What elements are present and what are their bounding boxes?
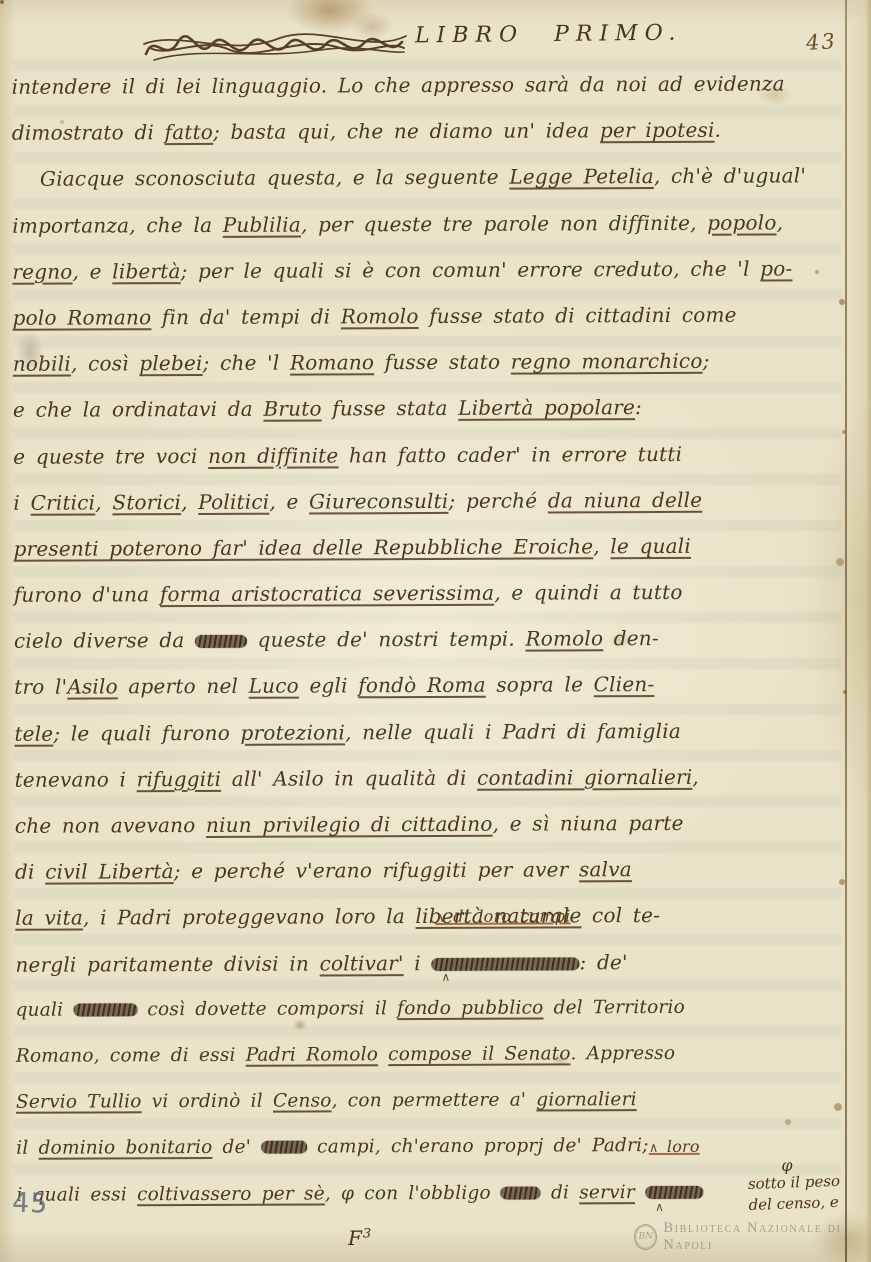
manuscript-line: nobili, così plebei; che 'l Romano fusse…	[13, 337, 841, 387]
text-run: aperto nel	[118, 674, 249, 699]
manuscript-line: di civil Libertà; e perché v'erano rifug…	[15, 845, 843, 895]
underlined-phrase: Padri Romolo	[246, 1044, 378, 1066]
inked-out-word	[501, 1170, 541, 1216]
manuscript-line: presenti poterono far' idea delle Repubb…	[14, 522, 842, 572]
manuscript-line: Romano, come di essi Padri Romolo compos…	[16, 1030, 844, 1080]
underlined-phrase: fatto	[165, 120, 214, 144]
book-title: LIBRO PRIMO.	[415, 21, 683, 49]
library-watermark: BN Biblioteca Nazionale di Napoli	[634, 1220, 871, 1254]
underlined-phrase: Storici	[112, 490, 181, 514]
underlined-phrase: Publilia	[223, 212, 301, 236]
underlined-phrase: Censo	[273, 1091, 332, 1112]
underlined-phrase: salva	[579, 857, 632, 881]
underlined-phrase: regno	[12, 259, 72, 283]
manuscript-line: i quali essi coltivassero per sè, φ con …	[16, 1169, 844, 1219]
ink-blot	[195, 635, 247, 648]
ink-blot	[73, 1003, 137, 1016]
manuscript-line: che non avevano niun privilegio di citta…	[15, 799, 843, 849]
inked-out-word: di loro campi	[431, 939, 579, 986]
text-run: i	[404, 951, 432, 975]
underlined-phrase: regno monarchico	[511, 349, 703, 374]
underlined-phrase: protezioni	[240, 720, 345, 744]
underlined-phrase: dominio bonitario	[39, 1137, 213, 1159]
underlined-phrase: po-	[760, 256, 792, 280]
underlined-phrase: Asilo	[67, 675, 118, 699]
text-run: han fatto cader' in errore tutti	[338, 441, 682, 466]
text-run: dimostrato di	[12, 120, 165, 145]
text-run: importanza, che la	[12, 212, 223, 237]
text-run: e queste tre voci	[13, 443, 208, 468]
underlined-phrase: non diffinite	[208, 443, 338, 468]
text-run: ; perché	[448, 488, 547, 512]
underlined-phrase: niun privilegio di cittadino	[206, 812, 493, 837]
text-run: ;	[702, 349, 709, 373]
inked-out-word	[73, 987, 137, 1033]
underlined-phrase: contadini giornalieri	[477, 765, 692, 790]
underlined-phrase: polo Romano	[13, 305, 152, 330]
underlined-phrase: coltivar'	[319, 951, 403, 975]
text-run: :	[635, 395, 642, 419]
text-run: di	[541, 1182, 579, 1203]
underlined-phrase: per ipotesi	[600, 118, 715, 142]
pencil-foliation: 45	[11, 1187, 48, 1219]
manuscript-line: cielo diverse da queste de' nostri tempi…	[14, 614, 842, 664]
underlined-phrase: coltivassero per sè	[137, 1183, 325, 1205]
text-run: ,	[181, 490, 198, 514]
margin-note-line: sotto il peso	[748, 1172, 841, 1193]
text-run: . Appresso	[570, 1043, 675, 1064]
text-run: ,	[777, 210, 784, 234]
text-run: tro l'	[14, 675, 67, 699]
text-run: : de'	[579, 950, 627, 974]
underlined-phrase: le quali	[610, 534, 691, 558]
underlined-phrase: da niuna delle	[548, 487, 703, 512]
text-run: sopra le	[486, 673, 594, 697]
library-name: Biblioteca Nazionale di Napoli	[663, 1220, 871, 1254]
text-run: fusse stato di cittadini come	[419, 303, 737, 328]
text-run: del Territorio	[543, 997, 684, 1019]
manuscript-line: furono d'una forma aristocratica severis…	[14, 568, 842, 618]
underlined-phrase: Libertà popolare	[458, 395, 635, 420]
text-run: di	[15, 860, 45, 884]
text-run: queste de' nostri tempi.	[247, 627, 525, 652]
inked-out-word	[261, 1125, 307, 1171]
text-run: il	[16, 1138, 38, 1159]
interlinear-insertion: di loro campi	[435, 908, 570, 927]
text-run: tenevano i	[15, 767, 137, 792]
text-run: intendere il di lei linguaggio. Lo che a…	[12, 71, 785, 98]
text-run: ,	[593, 534, 610, 558]
text-run: ; le quali furono	[53, 720, 240, 745]
manuscript-line: tenevano i rifuggiti all' Asilo in quali…	[15, 753, 843, 803]
text-run: , ch'è d'ugual'	[654, 164, 806, 189]
text-run: cielo diverse da	[14, 628, 195, 653]
text-run: vi ordinò il	[142, 1091, 273, 1113]
ink-blot	[261, 1141, 307, 1154]
underlined-phrase: Luco	[249, 674, 299, 698]
text-run: Giacque sconosciuta questa, e la seguent…	[40, 165, 509, 191]
underlined-phrase: fondo pubblico	[397, 997, 543, 1019]
underlined-phrase: Romolo	[525, 626, 603, 650]
text-run: fusse stata	[322, 396, 459, 421]
text-run: i	[13, 490, 30, 514]
ink-blot	[501, 1186, 541, 1199]
text-run: , per queste tre parole non diffinite,	[301, 210, 707, 236]
text-run: ,	[692, 765, 699, 789]
manuscript-line: e che la ordinatavi da Bruto fusse stata…	[13, 384, 841, 434]
text-run: , con permettere a'	[332, 1090, 537, 1112]
page-right-edge	[845, 0, 847, 1262]
text-run: den-	[603, 626, 659, 650]
manuscript-line: Giacque sconosciuta questa, e la seguent…	[12, 153, 840, 203]
text-run: ; per le quali si è con comun' errore cr…	[181, 256, 761, 283]
page-header: LIBRO PRIMO. 43	[0, 16, 871, 64]
margin-note-line: del censo, e	[748, 1193, 839, 1214]
inked-out-word	[195, 617, 247, 663]
manuscript-line: tro l'Asilo aperto nel Luco egli fondò R…	[14, 661, 842, 711]
manuscript-text: intendere il di lei linguaggio. Lo che a…	[11, 60, 844, 1218]
text-run: e che la ordinatavi da	[13, 397, 264, 422]
underlined-phrase: la vita	[15, 906, 83, 930]
underlined-phrase: Bruto	[263, 397, 321, 421]
underlined-phrase: civil Libertà	[45, 859, 174, 884]
text-run: furono d'una	[14, 582, 160, 607]
text-run: , e sì niuna parte	[493, 811, 684, 836]
underlined-phrase: Servio Tullio	[16, 1091, 142, 1113]
manuscript-line: il dominio bonitario de' campi, ch'erano…	[16, 1123, 844, 1173]
quire-signature: F3	[348, 1226, 372, 1250]
underlined-phrase: plebei	[139, 351, 202, 375]
manuscript-page: LIBRO PRIMO. 43 intendere il di lei ling…	[0, 0, 871, 1262]
manuscript-line: regno, e libertà; per le quali si è con …	[12, 245, 840, 295]
underlined-phrase: Clien-	[594, 672, 655, 696]
library-monogram-icon: BN	[634, 1224, 657, 1250]
text-run: all' Asilo in qualità di	[221, 766, 477, 791]
underlined-phrase: presenti poterono far' idea delle Repubb…	[14, 534, 594, 561]
margin-reference-mark: φ	[781, 1156, 863, 1173]
text-run: quali	[16, 999, 74, 1020]
interlinear-insertion: loro	[649, 1138, 700, 1156]
text-run: de'	[212, 1137, 261, 1158]
underlined-phrase: popolo	[707, 210, 776, 234]
text-run: egli	[299, 674, 358, 698]
margin-note: φ sotto il peso del censo, e	[747, 1156, 865, 1216]
underlined-phrase: fondò Roma	[358, 673, 486, 698]
text-run	[635, 1182, 645, 1203]
manuscript-line: quali così dovette comporsi il fondo pub…	[16, 984, 844, 1034]
underlined-phrase: Critici	[31, 490, 96, 514]
text-run: , e	[72, 259, 112, 283]
text-run: che non avevano	[15, 813, 206, 838]
manuscript-line: i Critici, Storici, Politici, e Giurecon…	[13, 476, 841, 526]
underlined-phrase: Romolo	[341, 304, 419, 328]
underlined-phrase: compose il Senato	[388, 1043, 570, 1065]
manuscript-line: intendere il di lei linguaggio. Lo che a…	[11, 60, 839, 110]
text-run: col te-	[581, 903, 660, 927]
underlined-phrase: servir	[579, 1182, 635, 1203]
underlined-phrase: libertà	[112, 259, 180, 283]
manuscript-line: la vita, i Padri proteggevano loro la li…	[15, 892, 843, 942]
text-run: , e	[269, 489, 309, 513]
text-run: così dovette comporsi il	[137, 998, 397, 1020]
underlined-phrase: giornalieri	[536, 1089, 637, 1110]
underlined-phrase: Romano	[290, 350, 374, 374]
manuscript-line: nergli paritamente divisi in coltivar' i…	[15, 938, 843, 988]
underlined-phrase: forma aristocratica severissima	[160, 581, 494, 606]
underlined-phrase: tele	[14, 721, 53, 745]
foxing-specks	[0, 0, 4, 4]
ink-blot	[431, 957, 579, 971]
text-run: , così	[71, 351, 139, 375]
folio-number: 43	[805, 29, 837, 55]
text-run	[378, 1044, 388, 1065]
manuscript-line: dimostrato di fatto; basta qui, che ne d…	[12, 106, 840, 156]
text-run: nergli paritamente divisi in	[15, 951, 319, 976]
text-run: ; basta qui, che ne diamo un' idea	[213, 118, 600, 144]
text-run: , e quindi a tutto	[494, 580, 682, 605]
text-run: campi, ch'erano proprj de' Padri;	[307, 1135, 649, 1157]
underlined-phrase: nobili	[13, 352, 71, 376]
text-run: ,	[95, 490, 112, 514]
text-run: , nelle quali i Padri di famiglia	[345, 719, 681, 744]
text-run: fin da' tempi di	[151, 304, 341, 329]
text-run: , φ con l'obbligo	[325, 1182, 501, 1204]
inked-out-word: loro	[645, 1169, 703, 1215]
text-run: .	[714, 118, 721, 142]
text-run: fusse stato	[374, 350, 511, 375]
underlined-phrase: Legge Petelia	[509, 164, 654, 189]
manuscript-line: tele; le quali furono protezioni, nelle …	[14, 707, 842, 757]
manuscript-line: polo Romano fin da' tempi di Romolo fuss…	[12, 291, 840, 341]
ink-blot	[645, 1185, 703, 1198]
text-run: ; e perché v'erano rifuggiti per aver	[174, 858, 579, 884]
manuscript-line: Servio Tullio vi ordinò il Censo, con pe…	[16, 1076, 844, 1126]
text-run: Romano, come di essi	[16, 1045, 246, 1067]
manuscript-line: e queste tre voci non diffinite han fatt…	[13, 430, 841, 480]
underlined-phrase: rifuggiti	[137, 767, 222, 791]
manuscript-line: importanza, che la Publilia, per queste …	[12, 199, 840, 249]
underlined-phrase: Politici	[198, 489, 269, 513]
underlined-phrase: Giureconsulti	[309, 489, 448, 514]
text-run: ; che 'l	[203, 351, 291, 375]
text-run: , i Padri proteggevano loro la	[83, 904, 416, 929]
